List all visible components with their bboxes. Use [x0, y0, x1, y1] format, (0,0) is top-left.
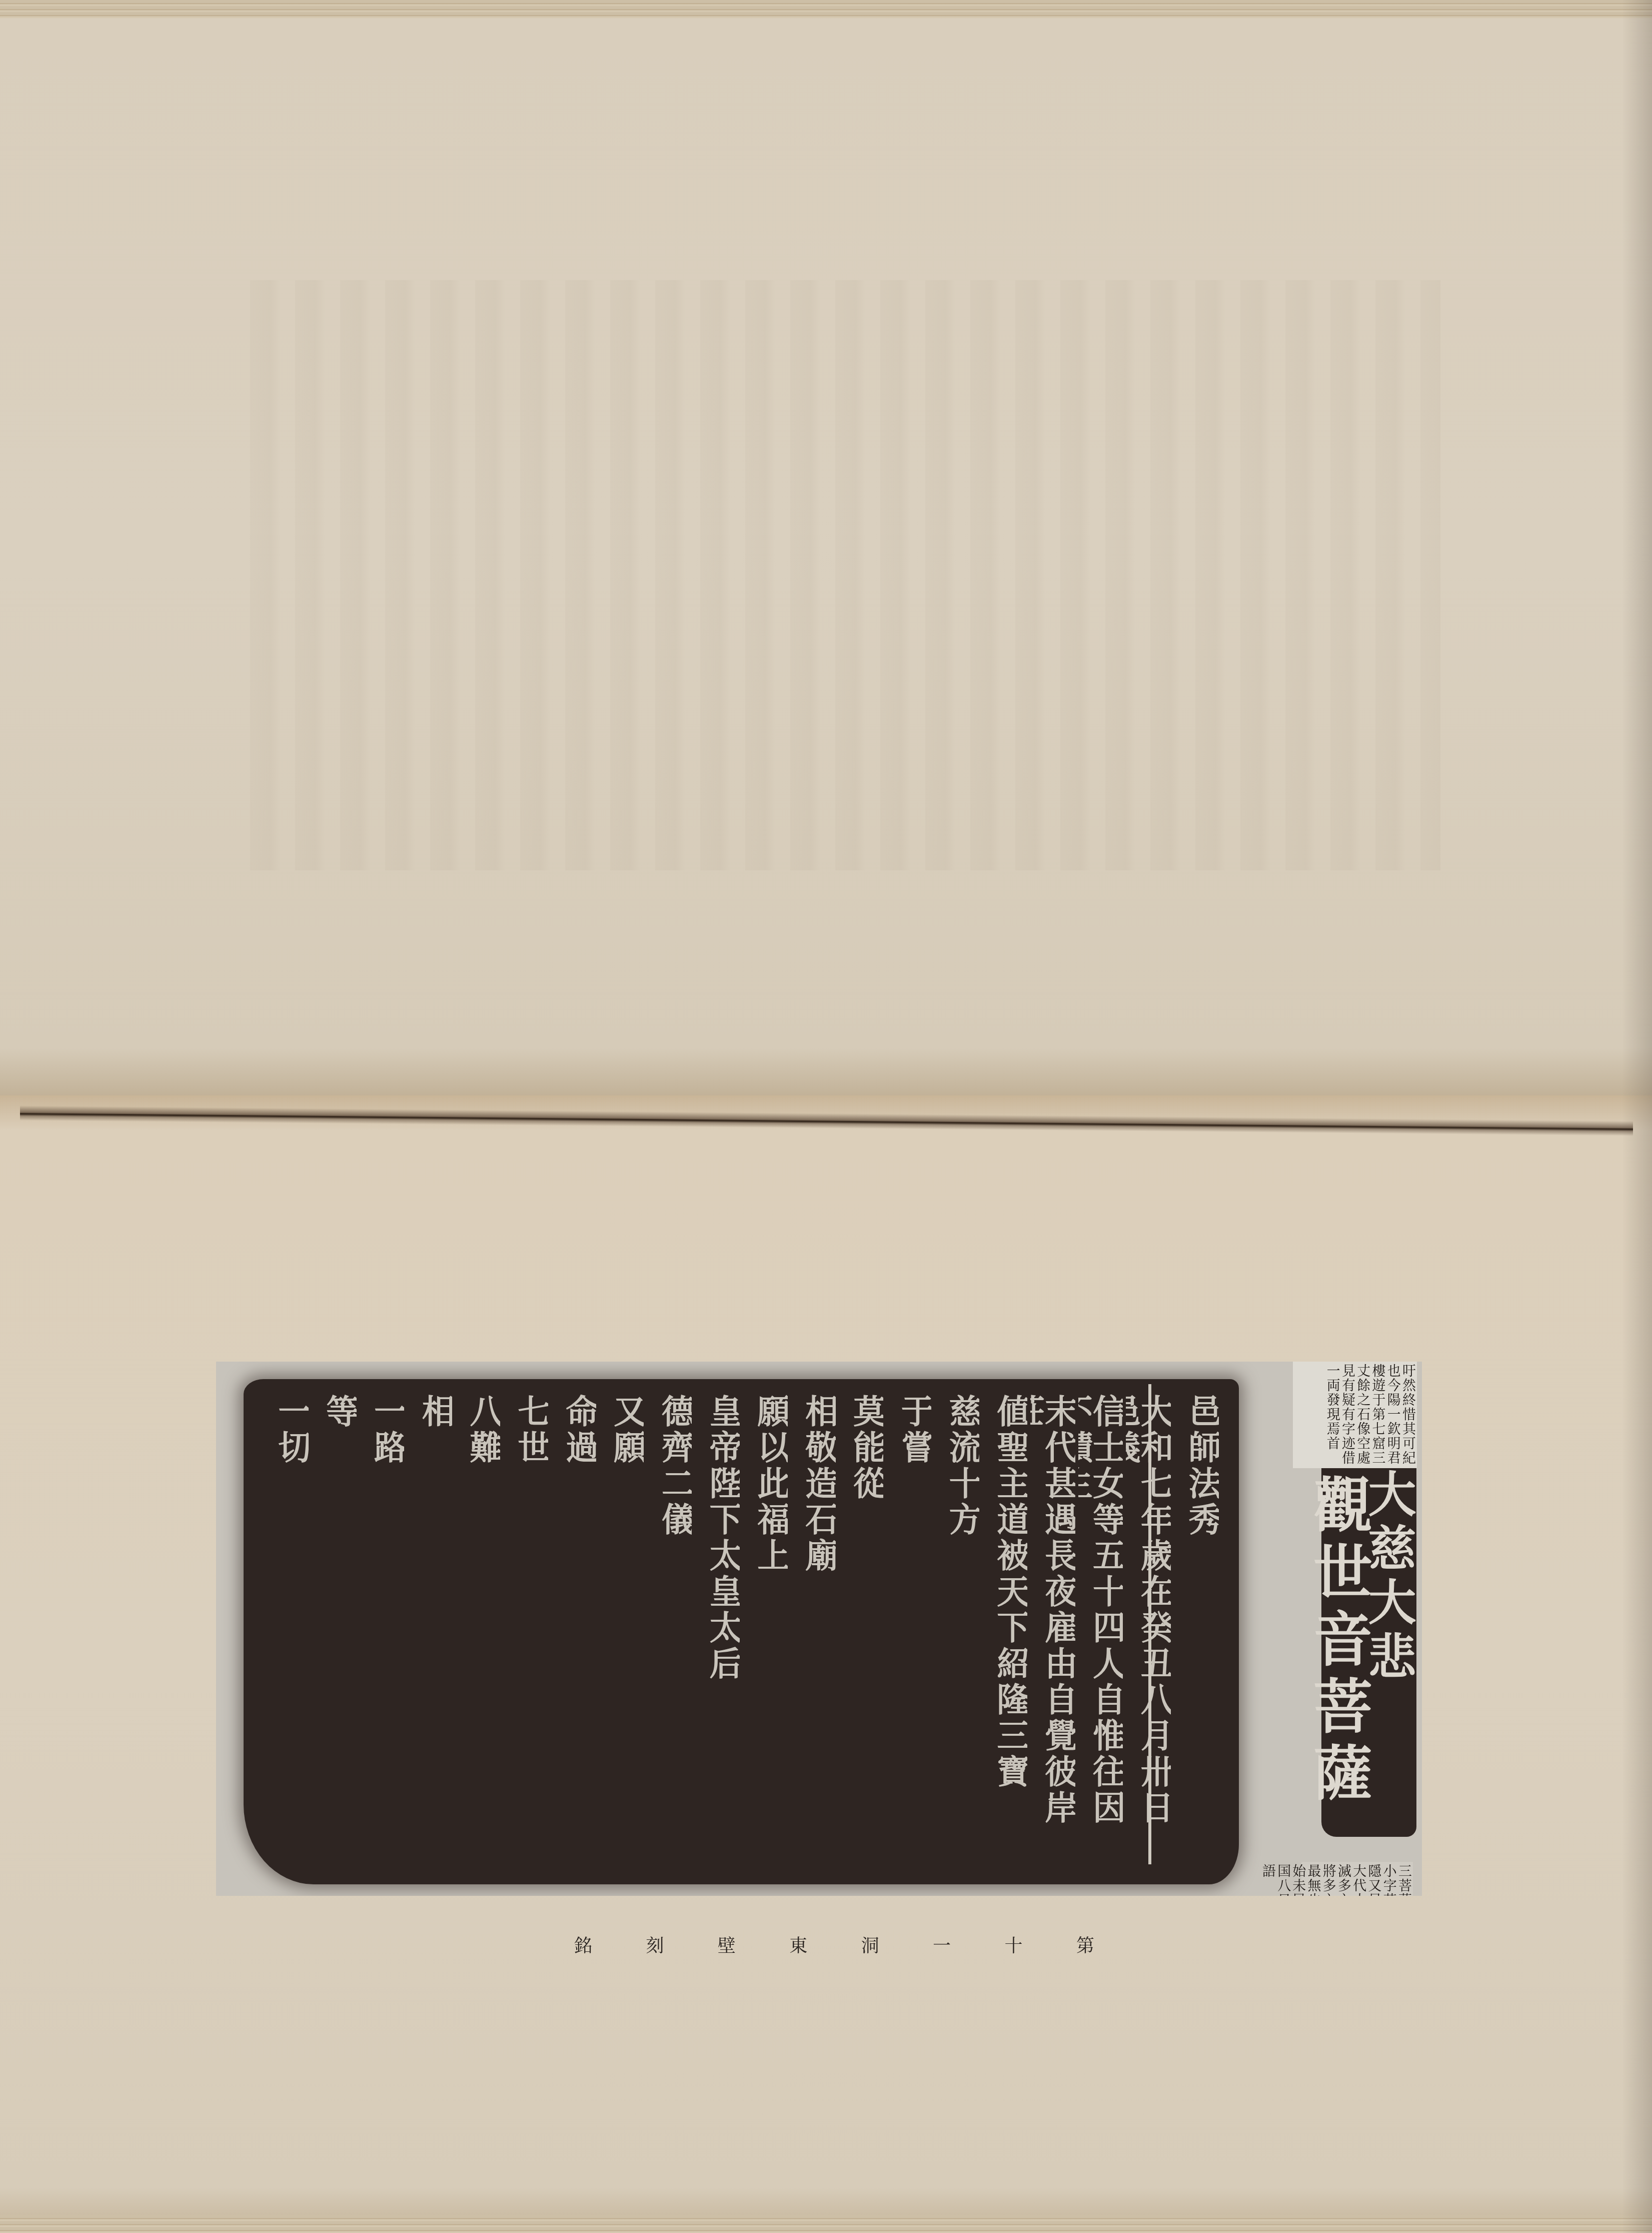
annotation-note-top: 吁然終惜其可紀也今陽一欽明君樓遊于第七窟三丈餘之石像空處見有疑有字迹借一両發現焉…: [1293, 1362, 1417, 1468]
page-edge-stack-bottom: [0, 2215, 1652, 2233]
inscription-column: 于嘗: [886, 1394, 931, 1854]
inscription-column: 一路: [360, 1394, 405, 1854]
inscription-column: 願以此福上: [743, 1394, 788, 1854]
title-guanyin-bodhisattva: 觀世音菩薩: [1308, 1474, 1367, 1809]
annotation-note-bottom: 三菩薩小字若隱又另大代太滅多之將多之最無也始未民国八日語: [1301, 1862, 1413, 1896]
page-edge-shadow: [1622, 1095, 1652, 2233]
caption-char: 刻: [646, 1932, 664, 1957]
bodhisattva-title-panel: 大慈大悲 觀世音菩薩: [1321, 1459, 1416, 1837]
caption-char: 東: [789, 1932, 807, 1957]
inscription-column: 又願: [599, 1394, 644, 1854]
caption-char: 一: [933, 1932, 951, 1957]
caption-char: 銘: [574, 1932, 592, 1957]
verso-show-through: [250, 280, 1440, 870]
inscription-column: 信士女等五十四人自惟往因不積生: [1078, 1394, 1123, 1854]
inscription-column: 等: [312, 1394, 357, 1854]
inscription-rubbing: 邑師法秀 大和七年歲在癸丑八月卅日邑義 信士女等五十四人自惟往因不積生 末代甚遇…: [244, 1379, 1239, 1884]
inscription-column: 一切: [264, 1394, 309, 1854]
inscription-columns: 邑師法秀 大和七年歲在癸丑八月卅日邑義 信士女等五十四人自惟往因不積生 末代甚遇…: [264, 1394, 1219, 1854]
inscription-column: 莫能從: [839, 1394, 884, 1854]
caption-char: 十: [1005, 1932, 1023, 1957]
page-edge-shadow: [1622, 0, 1652, 1103]
plate-caption: 第 十 一 洞 東 壁 刻 銘: [574, 1932, 1094, 1957]
inscription-column: 命過: [551, 1394, 596, 1854]
caption-char: 第: [1076, 1932, 1094, 1957]
caption-char: 洞: [861, 1932, 879, 1957]
inscription-column: 相敬造石廟: [791, 1394, 836, 1854]
inscription-column: 末代甚遇長夜雇由自覺彼岸莊: [1030, 1394, 1075, 1854]
inscription-border-line: [1148, 1384, 1151, 1864]
caption-char: 壁: [718, 1932, 736, 1957]
inscription-column: 皇帝陛下太皇太后: [695, 1394, 740, 1854]
top-page: [0, 0, 1652, 1103]
inscription-column: 七世: [503, 1394, 548, 1854]
inscription-column: 邑師法秀: [1174, 1394, 1219, 1854]
inscription-column: 八難: [455, 1394, 500, 1854]
inscription-column: 德齊二儀: [647, 1394, 692, 1854]
page-edge-stack-top: [0, 0, 1652, 18]
rubbing-plate: 邑師法秀 大和七年歲在癸丑八月卅日邑義 信士女等五十四人自惟往因不積生 末代甚遇…: [216, 1362, 1422, 1896]
inscription-column: 相: [407, 1394, 452, 1854]
inscription-column: 慈流十方: [934, 1394, 979, 1854]
inscription-column: 値聖主道被天下紹隆三寶: [982, 1394, 1027, 1854]
